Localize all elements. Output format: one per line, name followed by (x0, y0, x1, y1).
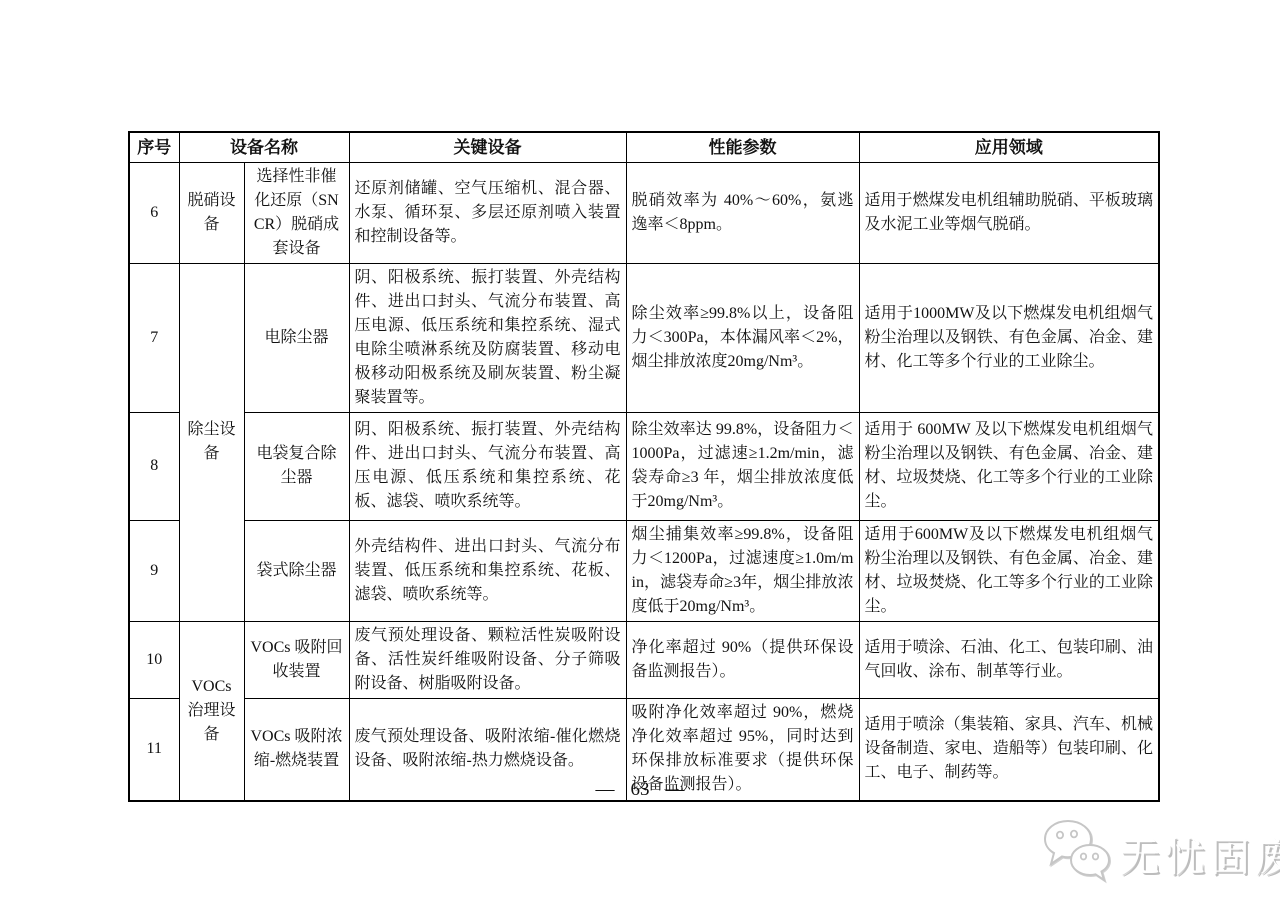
equipment-name: VOCs 吸附回收装置 (244, 621, 349, 698)
equipment-name: 电除尘器 (244, 263, 349, 412)
key-equipment-cell: 阴、阳极系统、振打装置、外壳结构件、进出口封头、气流分布装置、高压电源、低压系统… (349, 263, 626, 412)
equipment-name: 电袋复合除尘器 (244, 412, 349, 520)
document-page: 序号 设备名称 关键设备 性能参数 应用领域 6 脱硝设备 选择性非催化还原（S… (0, 0, 1280, 904)
page-number: —63— (0, 779, 1280, 801)
row-number: 7 (129, 263, 179, 412)
equipment-name: 袋式除尘器 (244, 520, 349, 621)
performance-cell: 脱硝效率为 40%～60%，氨逃逸率＜8ppm。 (626, 162, 859, 263)
header-cell-key-equipment: 关键设备 (349, 132, 626, 162)
equipment-table: 序号 设备名称 关键设备 性能参数 应用领域 6 脱硝设备 选择性非催化还原（S… (128, 131, 1160, 802)
application-cell: 适用于燃煤发电机组辅助脱硝、平板玻璃及水泥工业等烟气脱硝。 (859, 162, 1159, 263)
table-row: 6 脱硝设备 选择性非催化还原（SNCR）脱硝成套设备 还原剂储罐、空气压缩机、… (129, 162, 1159, 263)
key-equipment-cell: 阴、阳极系统、振打装置、外壳结构件、进出口封头、气流分布装置、高压电源、低压系统… (349, 412, 626, 520)
performance-cell: 除尘效率≥99.8%以上，设备阻力＜300Pa，本体漏风率＜2%，烟尘排放浓度2… (626, 263, 859, 412)
performance-cell: 净化率超过 90%（提供环保设备监测报告）。 (626, 621, 859, 698)
equipment-group-denox: 脱硝设备 (179, 162, 244, 263)
watermark: 无忧固废 (1038, 818, 1280, 891)
performance-cell: 烟尘捕集效率≥99.8%，设备阻力＜1200Pa，过滤速度≥1.0m/min，滤… (626, 520, 859, 621)
row-number: 8 (129, 412, 179, 520)
row-number: 9 (129, 520, 179, 621)
application-cell: 适用于1000MW及以下燃煤发电机组烟气粉尘治理以及钢铁、有色金属、冶金、建材、… (859, 263, 1159, 412)
performance-cell: 除尘效率达 99.8%，设备阻力＜1000Pa，过滤速≥1.2m/min，滤袋寿… (626, 412, 859, 520)
row-number: 6 (129, 162, 179, 263)
table-row: 9 袋式除尘器 外壳结构件、进出口封头、气流分布装置、低压系统和集控系统、花板、… (129, 520, 1159, 621)
table-row: 8 电袋复合除尘器 阴、阳极系统、振打装置、外壳结构件、进出口封头、气流分布装置… (129, 412, 1159, 520)
equipment-name: 选择性非催化还原（SNCR）脱硝成套设备 (244, 162, 349, 263)
wechat-icon (1038, 818, 1112, 891)
table-row: 10 VOCs治理设备 VOCs 吸附回收装置 废气预处理设备、颗粒活性炭吸附设… (129, 621, 1159, 698)
application-cell: 适用于 600MW 及以下燃煤发电机组烟气粉尘治理以及钢铁、有色金属、冶金、建材… (859, 412, 1159, 520)
footer-dash-left: — (596, 779, 615, 800)
header-cell-performance: 性能参数 (626, 132, 859, 162)
key-equipment-cell: 废气预处理设备、颗粒活性炭吸附设备、活性炭纤维吸附设备、分子筛吸附设备、树脂吸附… (349, 621, 626, 698)
row-number: 10 (129, 621, 179, 698)
header-cell-application: 应用领域 (859, 132, 1159, 162)
key-equipment-cell: 外壳结构件、进出口封头、气流分布装置、低压系统和集控系统、花板、滤袋、喷吹系统等… (349, 520, 626, 621)
application-cell: 适用于喷涂、石油、化工、包装印刷、油气回收、涂布、制革等行业。 (859, 621, 1159, 698)
footer-dash-right: — (666, 779, 685, 800)
header-cell-name: 设备名称 (179, 132, 349, 162)
equipment-group-dedust: 除尘设备 (179, 263, 244, 621)
watermark-text: 无忧固废 (1120, 826, 1280, 883)
header-cell-no: 序号 (129, 132, 179, 162)
equipment-group-vocs: VOCs治理设备 (179, 621, 244, 801)
key-equipment-cell: 还原剂储罐、空气压缩机、混合器、水泵、循环泵、多层还原剂喷入装置和控制设备等。 (349, 162, 626, 263)
footer-page-number: 63 (631, 779, 650, 800)
table-row: 7 除尘设备 电除尘器 阴、阳极系统、振打装置、外壳结构件、进出口封头、气流分布… (129, 263, 1159, 412)
application-cell: 适用于600MW及以下燃煤发电机组烟气粉尘治理以及钢铁、有色金属、冶金、建材、垃… (859, 520, 1159, 621)
table-header-row: 序号 设备名称 关键设备 性能参数 应用领域 (129, 132, 1159, 162)
